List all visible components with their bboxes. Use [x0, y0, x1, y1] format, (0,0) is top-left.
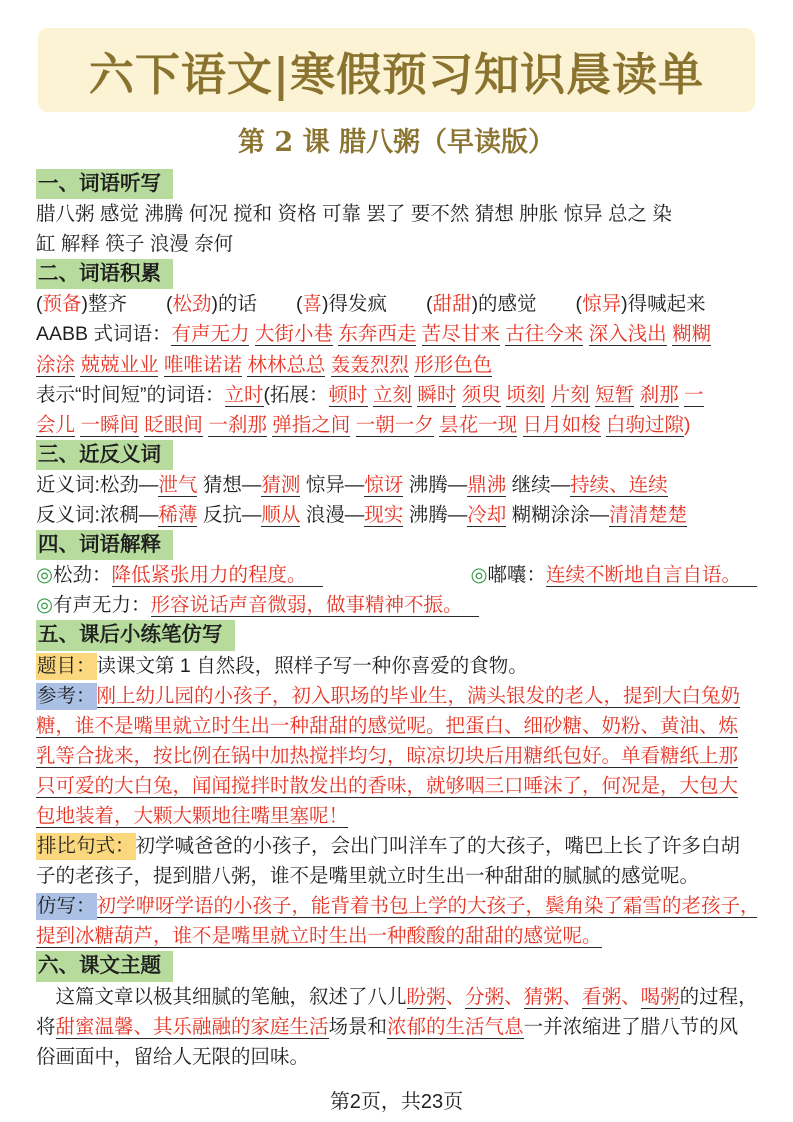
- text-segment: 腊八粥 感觉 沸腾 何况 搅和 资格 可靠 罢了 要不然 猜想 肿胀 惊异 总之…: [36, 203, 672, 225]
- text-line: (预备)整齐 (松劲)的话 (喜)得发疯 (甜甜)的感觉 (惊异)得喊起来: [36, 289, 757, 319]
- section-row: 一、词语听写: [36, 169, 757, 199]
- label-highlight: 参考：: [36, 683, 97, 710]
- text-segment: 形容说话声音微弱，做事精神不振。: [151, 594, 479, 617]
- text-segment: 片刻: [551, 384, 590, 407]
- text-segment: 盼粥: [407, 986, 446, 1009]
- text-line: 参考：刚上幼儿园的小孩子，初入职场的毕业生，满头银发的老人，提到大白兔奶: [36, 681, 757, 711]
- text-segment: 冷却: [467, 504, 506, 527]
- text-segment: 浪漫—: [300, 504, 364, 526]
- text-segment: AABB 式词语：: [36, 323, 171, 345]
- text-line: 子的老孩子，提到腊八粥，谁不是嘴里就立时生出一种甜甜的腻腻的感觉呢。: [36, 861, 757, 891]
- text-segment: 缸 解释 筷子 浪漫 奈何: [36, 233, 233, 255]
- text-segment: 惊异: [582, 293, 621, 315]
- text-line: 包地装着，大颗大颗地往嘴里塞呢！: [36, 801, 757, 831]
- text-segment: 看粥: [582, 986, 621, 1009]
- text-segment: 场景和: [329, 1016, 388, 1038]
- text-segment: 惊异—: [300, 474, 364, 496]
- text-segment: 须臾: [462, 384, 501, 407]
- text-line: 提到冰糖葫芦，谁不是嘴里就立时生出一种酸酸的甜甜的感觉呢。: [36, 921, 757, 951]
- text-segment: 反义词:浓稠—: [36, 504, 158, 526]
- section-header: 一、词语听写: [36, 169, 173, 199]
- text-segment: 刚上幼儿园的小孩子，初入职场的毕业生，满头银发的老人，提到大白兔奶: [97, 685, 741, 708]
- text-segment: 白驹过隙: [606, 414, 684, 437]
- text-line: 表示“时间短”的词语：立时(拓展：顿时 立刻 瞬时 须臾 顷刻 片刻 短暂 刹那…: [36, 380, 757, 410]
- text-segment: 反抗—: [197, 504, 261, 526]
- text-line: AABB 式词语：有声无力 大街小巷 东奔西走 苦尽甘来 古往今来 深入浅出 糊…: [36, 319, 757, 349]
- text-segment: 短暂: [595, 384, 634, 407]
- text-segment: 弹指之间: [272, 414, 350, 437]
- text-segment: )的话 (: [212, 293, 303, 315]
- text-segment: 会儿: [36, 414, 75, 437]
- text-segment: 一: [684, 384, 704, 407]
- text-segment: 一瞬间: [80, 414, 139, 437]
- content: 一、词语听写腊八粥 感觉 沸腾 何况 搅和 资格 可靠 罢了 要不然 猜想 肿胀…: [36, 169, 757, 1074]
- text-segment: 一刹那: [208, 414, 267, 437]
- section-row: 六、课文主题: [36, 951, 757, 981]
- text-segment: 有声无力：: [53, 594, 151, 616]
- section-row: 四、词语解释: [36, 530, 757, 560]
- text-segment: 初学咿呀学语的小孩子，能背着书包上学的大孩子，鬓角染了霜雪的老孩子，: [97, 895, 757, 918]
- text-segment: [583, 323, 588, 345]
- text-segment: 包地装着，大颗大颗地往嘴里塞呢！: [36, 805, 348, 828]
- text-segment: 顷刻: [506, 384, 545, 407]
- text-segment: 昙花一现: [439, 414, 517, 437]
- text-segment: 顿时: [329, 384, 368, 407]
- text-line: 反义词:浓稠—稀薄 反抗—顺从 浪漫—现实 沸腾—冷却 糊糊涂涂—清清楚楚: [36, 500, 757, 530]
- text-segment: 继续—: [506, 474, 570, 496]
- text-segment: 东奔西走: [338, 323, 416, 346]
- text-line: 涂涂 兢兢业业 唯唯诺诺 林林总总 轰轰烈烈 形形色色: [36, 350, 757, 380]
- text-segment: [416, 323, 421, 345]
- text-segment: 松劲: [173, 293, 212, 315]
- text-segment: 一并浓缩进了腊八节的风: [524, 1016, 739, 1038]
- text-segment: 沸腾—: [403, 474, 467, 496]
- text-segment: 甜甜: [433, 293, 472, 315]
- page-number: 第2页，共23页: [0, 1085, 793, 1114]
- text-line: 俗画面中，留给人无限的回味。: [36, 1042, 757, 1072]
- text-segment: 立刻: [373, 384, 412, 407]
- text-segment: )整齐 (: [82, 293, 173, 315]
- section-header: 五、课后小练笔仿写: [36, 620, 235, 650]
- ring-bullet-icon: ◎: [36, 564, 53, 586]
- text-segment: 形形色色: [414, 354, 492, 377]
- text-segment: 一朝一夕: [356, 414, 434, 437]
- text-segment: 顺从: [261, 504, 300, 527]
- text-segment: 日月如梭: [523, 414, 601, 437]
- text-segment: 清清楚楚: [609, 504, 687, 527]
- text-segment: 兢兢业业: [80, 354, 158, 377]
- text-segment: 古往今来: [505, 323, 583, 346]
- page-subtitle: 第 2 课 腊八粥（早读版）: [0, 120, 793, 159]
- definition-row: ◎松劲：降低紧张用力的程度。◎嘟囔：连续不断地自言自语。: [36, 560, 757, 590]
- text-segment: 稀薄: [158, 504, 197, 527]
- text-segment: 将: [36, 1016, 56, 1038]
- section-header: 三、近反义词: [36, 440, 173, 470]
- text-segment: 近义词:松劲—: [36, 474, 158, 496]
- text-line: 缸 解释 筷子 浪漫 奈何: [36, 229, 757, 259]
- text-line: 这篇文章以极其细腻的笔触，叙述了八儿盼粥、分粥、猜粥、看粥、喝粥的过程，: [36, 982, 757, 1012]
- text-segment: ): [684, 414, 691, 436]
- text-line: 会儿 一瞬间 眨眼间 一刹那 弹指之间 一朝一夕 昙花一现 日月如梭 白驹过隙): [36, 410, 757, 440]
- definition-right: ◎嘟囔：连续不断地自言自语。: [470, 560, 757, 590]
- definition-left: ◎松劲：降低紧张用力的程度。: [36, 560, 323, 590]
- text-segment: 连续不断地自言自语。: [546, 564, 757, 587]
- text-segment: 喝粥: [641, 986, 680, 1009]
- text-segment: [634, 384, 639, 406]
- text-segment: 读课文第 1 自然段，照样子写一种你喜爱的食物。: [97, 655, 528, 677]
- text-segment: 这篇文章以极其细腻的笔触，叙述了八儿: [36, 986, 407, 1008]
- title-banner: 六下语文|寒假预习知识晨读单: [38, 28, 755, 112]
- text-line: 将甜蜜温馨、其乐融融的家庭生活场景和浓郁的生活气息一并浓缩进了腊八节的风: [36, 1012, 757, 1042]
- text-segment: 林林总总: [247, 354, 325, 377]
- text-segment: 刹那: [640, 384, 679, 407]
- text-segment: 的过程，: [680, 986, 757, 1008]
- text-segment: 表示“时间短”的词语：: [36, 384, 225, 406]
- section-row: 三、近反义词: [36, 440, 757, 470]
- text-segment: 鼎沸: [467, 474, 506, 497]
- text-line: 糖，谁不是嘴里就立时生出一种甜甜的感觉呢。把蛋白、细砂糖、奶粉、黄油、炼: [36, 711, 757, 741]
- text-segment: )得发疯 (: [322, 293, 433, 315]
- text-segment: 涂涂: [36, 354, 75, 377]
- text-segment: 乳等合拢来，按比例在锅中加热搅拌均匀，晾凉切块后用糖纸包好。单看糖纸上那: [36, 745, 738, 768]
- text-segment: )得喊起来: [621, 293, 706, 315]
- page-title: 六下语文|寒假预习知识晨读单: [89, 38, 704, 103]
- text-segment: 惊讶: [364, 474, 403, 497]
- text-line: 乳等合拢来，按比例在锅中加热搅拌均匀，晾凉切块后用糖纸包好。单看糖纸上那: [36, 741, 757, 771]
- text-segment: 喜: [303, 293, 323, 315]
- text-segment: 糊糊: [672, 323, 711, 346]
- section-row: 五、课后小练笔仿写: [36, 620, 757, 650]
- text-segment: 、: [504, 986, 524, 1008]
- text-segment: 轰轰烈烈: [331, 354, 409, 377]
- label-highlight: 仿写：: [36, 893, 97, 920]
- text-line: 题目：读课文第 1 自然段，照样子写一种你喜爱的食物。: [36, 651, 757, 681]
- section-header: 二、词语积累: [36, 259, 173, 289]
- text-segment: (拓展：: [264, 384, 329, 406]
- text-segment: 有声无力: [171, 323, 249, 346]
- text-segment: 持续、连续: [570, 474, 668, 497]
- text-segment: [325, 354, 330, 376]
- text-segment: 猜粥: [524, 986, 563, 1009]
- text-segment: 降低紧张用力的程度。: [112, 564, 323, 587]
- text-segment: 眨眼间: [144, 414, 203, 437]
- text-segment: [350, 414, 355, 436]
- text-segment: 子的老孩子，提到腊八粥，谁不是嘴里就立时生出一种甜甜的腻腻的感觉呢。: [36, 865, 699, 887]
- label-highlight: 题目：: [36, 653, 97, 680]
- text-segment: 、: [621, 986, 641, 1008]
- section-header: 四、词语解释: [36, 530, 173, 560]
- text-line: ◎有声无力：形容说话声音微弱，做事精神不振。: [36, 590, 757, 620]
- text-segment: 初学喊爸爸的小孩子，会出门叫洋车了的大孩子，嘴巴上长了许多白胡: [136, 835, 741, 857]
- text-segment: 沸腾—: [403, 504, 467, 526]
- text-segment: 提到冰糖葫芦，谁不是嘴里就立时生出一种酸酸的甜甜的感觉呢。: [36, 925, 602, 948]
- text-segment: 泄气: [158, 474, 197, 497]
- text-segment: 浓郁的生活气息: [387, 1016, 524, 1039]
- section-row: 二、词语积累: [36, 259, 757, 289]
- text-segment: 瞬时: [417, 384, 456, 407]
- text-segment: 深入浅出: [589, 323, 667, 346]
- text-segment: 糖，谁不是嘴里就立时生出一种甜甜的感觉呢。把蛋白、细砂糖、奶粉、黄油、炼: [36, 715, 738, 738]
- text-line: 腊八粥 感觉 沸腾 何况 搅和 资格 可靠 罢了 要不然 猜想 肿胀 惊异 总之…: [36, 199, 757, 229]
- text-line: 只可爱的大白兔，闻闻搅拌时散发出的香味，就够咽三口唾沫了，何况是，大包大: [36, 771, 757, 801]
- section-header: 六、课文主题: [36, 951, 173, 981]
- text-line: 排比句式：初学喊爸爸的小孩子，会出门叫洋车了的大孩子，嘴巴上长了许多白胡: [36, 831, 757, 861]
- text-segment: 只可爱的大白兔，闻闻搅拌时散发出的香味，就够咽三口唾沫了，何况是，大包大: [36, 775, 738, 798]
- text-segment: )的感觉 (: [472, 293, 583, 315]
- text-segment: 、: [563, 986, 583, 1008]
- text-segment: 分粥: [465, 986, 504, 1009]
- ring-bullet-icon: ◎: [36, 594, 53, 616]
- text-segment: 松劲：: [53, 564, 112, 586]
- text-segment: 嘟囔：: [487, 564, 546, 586]
- text-segment: 猜想—: [197, 474, 261, 496]
- text-segment: 、: [446, 986, 466, 1008]
- text-segment: 苦尽甘来: [422, 323, 500, 346]
- text-line: 仿写：初学咿呀学语的小孩子，能背着书包上学的大孩子，鬓角染了霜雪的老孩子，: [36, 891, 757, 921]
- text-segment: [517, 414, 522, 436]
- label-highlight: 排比句式：: [36, 833, 136, 860]
- text-segment: 大街小巷: [255, 323, 333, 346]
- text-segment: [545, 384, 550, 406]
- text-segment: [456, 384, 461, 406]
- text-segment: 俗画面中，留给人无限的回味。: [36, 1046, 309, 1068]
- text-segment: 甜蜜温馨、其乐融融的家庭生活: [56, 1016, 329, 1039]
- text-segment: 唯唯诺诺: [164, 354, 242, 377]
- text-segment: 猜测: [261, 474, 300, 497]
- text-segment: 糊糊涂涂—: [506, 504, 609, 526]
- text-segment: 现实: [364, 504, 403, 527]
- text-line: 近义词:松劲—泄气 猜想—猜测 惊异—惊讶 沸腾—鼎沸 继续—持续、连续: [36, 470, 757, 500]
- ring-bullet-icon: ◎: [470, 564, 487, 586]
- text-segment: 立时: [225, 384, 264, 407]
- text-segment: 预备: [43, 293, 82, 315]
